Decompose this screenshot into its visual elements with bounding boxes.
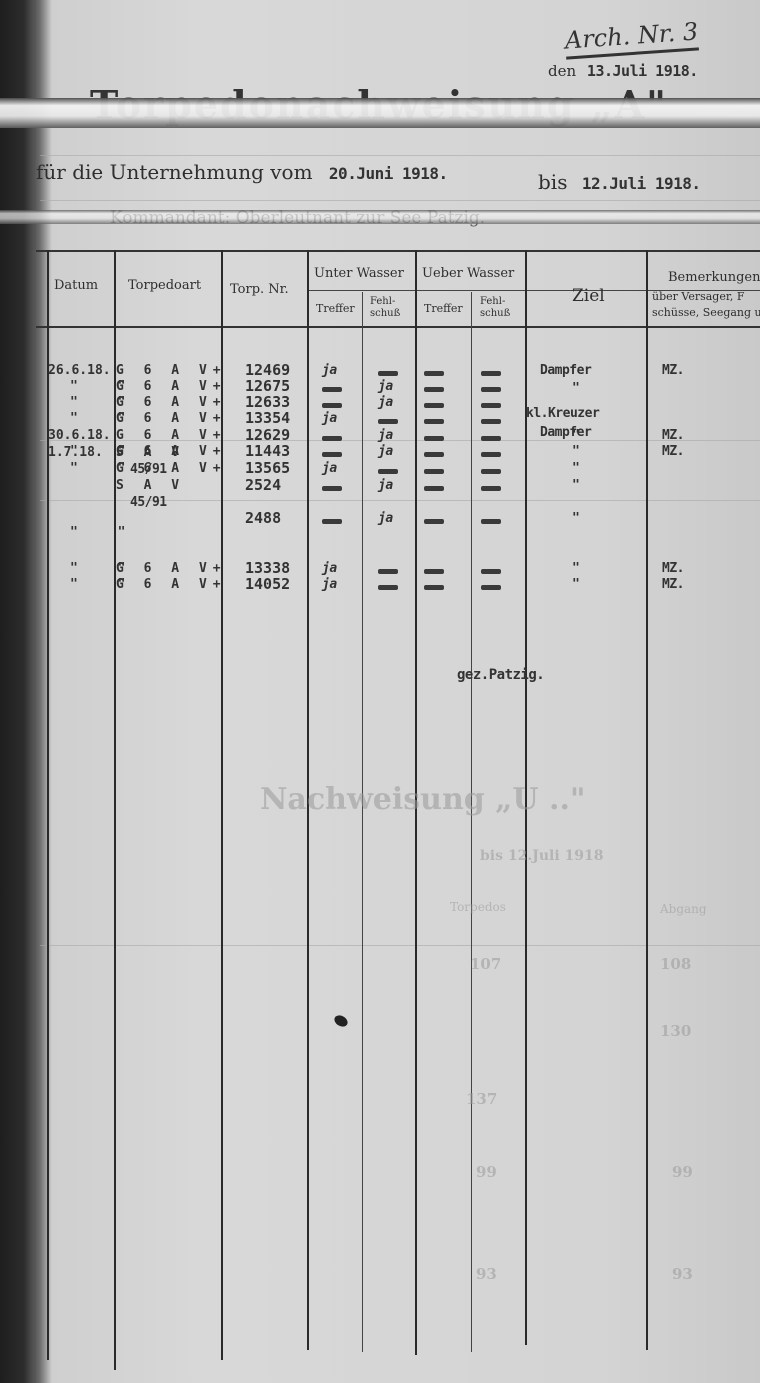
cell-bemerkung: MZ. (662, 430, 684, 441)
table-row: " "G 6 A V+11443ja"MZ. (0, 446, 760, 457)
cell-ziel: " (572, 430, 579, 441)
cell-uw-treffer-dash (322, 516, 342, 527)
cell-ziel: " (572, 563, 579, 574)
cell-torpedoart: S A V (116, 447, 185, 458)
cell-torp-nr: 13565 (245, 463, 290, 474)
ruling-line (40, 200, 760, 201)
cell-ow-fehlschuss-dash (481, 582, 501, 593)
header-bemerkungen-sub2: schüsse, Seegang u (652, 306, 760, 319)
table-row: " "G 6 A V+13338ja"MZ. (0, 563, 760, 574)
period-end: bis 12.Juli 1918. (538, 170, 701, 194)
cell-ow-fehlschuss-dash (481, 368, 501, 379)
cell-torpedoart: G 6 A V+ (116, 430, 227, 441)
cell-bemerkung: MZ. (662, 579, 684, 590)
cell-uw-fehlschuss: ja (378, 397, 393, 408)
cell-uw-treffer-dash (322, 449, 342, 460)
bleedthrough-val: 99 (672, 1163, 693, 1181)
cell-torpedoart-caliber: 45/91 (130, 497, 167, 508)
date-prefix: den (548, 62, 576, 80)
period-prefix: für die Unternehmung vom (36, 160, 313, 184)
cell-torpedoart: G 6 A V+ (116, 563, 227, 574)
table-top-rule (36, 250, 760, 252)
torn-strip (0, 98, 760, 128)
cell-torp-nr: 12469 (245, 365, 290, 376)
header-datum: Datum (54, 278, 98, 293)
cell-uw-fehlschuss: ja (378, 513, 393, 524)
cell-uw-fehlschuss-dash (378, 368, 398, 379)
cell-uw-fehlschuss: ja (378, 430, 393, 441)
cell-datum: " " (70, 527, 141, 538)
cell-ow-fehlschuss-dash (481, 483, 501, 494)
cell-bemerkung: MZ. (662, 446, 684, 457)
cell-bemerkung: MZ. (662, 365, 684, 376)
cell-torpedoart-caliber: 45/91 (130, 464, 167, 475)
header-uw-fehlschuss: Fehl-schuß (370, 296, 406, 320)
header-ow-fehlschuss: Fehl-schuß (480, 296, 516, 320)
cell-torp-nr: 11443 (245, 446, 290, 457)
cell-ow-fehlschuss-dash (481, 433, 501, 444)
cell-ow-treffer-dash (424, 449, 444, 460)
cell-torp-nr: 14052 (245, 579, 290, 590)
cell-uw-fehlschuss-dash (378, 416, 398, 427)
signature: gez.Patzig. (457, 667, 544, 683)
cell-torpedoart: G 6 A V+ (116, 365, 227, 376)
date-line: den 13.Juli 1918. (548, 62, 698, 80)
cell-torpedoart: S A V (116, 480, 185, 491)
header-torp-nr: Torp. Nr. (230, 282, 289, 297)
cell-ow-fehlschuss-dash (481, 384, 501, 395)
cell-torpedoart: G 6 A V+ (116, 381, 227, 392)
cell-ziel: " (572, 446, 579, 457)
cell-ow-treffer-dash (424, 384, 444, 395)
header-uw-treffer: Treffer (316, 302, 355, 315)
cell-uw-treffer: ja (322, 579, 337, 590)
cell-ziel: " (572, 480, 579, 491)
torn-strip-lower (0, 210, 760, 224)
cell-ow-treffer-dash (424, 466, 444, 477)
cell-ow-treffer-dash (424, 400, 444, 411)
bleedthrough-val: 93 (476, 1265, 497, 1283)
cell-uw-fehlschuss-dash (378, 566, 398, 577)
cell-ow-treffer-dash (424, 566, 444, 577)
cell-uw-fehlschuss: ja (378, 381, 393, 392)
header-bemerkungen-sub1: über Versager, F (652, 290, 745, 303)
cell-ow-fehlschuss-dash (481, 566, 501, 577)
cell-torpedoart: G 6 A V+ (116, 397, 227, 408)
cell-ow-treffer-dash (424, 416, 444, 427)
period-middle: bis (538, 170, 567, 194)
cell-ow-fehlschuss-dash (481, 400, 501, 411)
cell-ziel: " (572, 579, 579, 590)
bleedthrough-val: 107 (470, 955, 501, 973)
cell-uw-treffer-dash (322, 483, 342, 494)
table-header-rule (36, 326, 760, 328)
bleedthrough-val: 137 (466, 1090, 497, 1108)
period-from: 20.Juni 1918. (329, 164, 448, 183)
cell-torp-nr: 12629 (245, 430, 290, 441)
cell-uw-fehlschuss: ja (378, 480, 393, 491)
table-row: 1.7.18.S A V45/912524ja" (0, 480, 760, 491)
bleedthrough-col1: Torpedos (450, 900, 506, 914)
table-row: " "G 6 A V+12675ja" (0, 381, 760, 392)
header-ow-treffer: Treffer (424, 302, 463, 315)
ruling-line (40, 945, 760, 946)
cell-torp-nr: 12675 (245, 381, 290, 392)
ruling-line (40, 155, 760, 156)
table-row: " "G 6 A V+12633jakl.Kreuzer (0, 397, 760, 408)
table-row: " "G 6 A V+13565ja" (0, 463, 760, 474)
cell-ow-fehlschuss-dash (481, 516, 501, 527)
cell-torp-nr: 13354 (245, 413, 290, 424)
cell-torpedoart: G 6 A V+ (116, 579, 227, 590)
cell-ow-treffer-dash (424, 368, 444, 379)
cell-ow-fehlschuss-dash (481, 466, 501, 477)
cell-uw-treffer: ja (322, 413, 337, 424)
bleedthrough-val: 108 (660, 955, 691, 973)
bleedthrough-col2: Abgang (660, 902, 707, 916)
cell-ziel: Dampfer (540, 365, 591, 376)
cell-uw-treffer: ja (322, 563, 337, 574)
period-line: für die Unternehmung vom 20.Juni 1918. (36, 160, 448, 184)
bleedthrough-val: 99 (476, 1163, 497, 1181)
cell-ziel: " (572, 463, 579, 474)
cell-bemerkung: MZ. (662, 563, 684, 574)
table-row: 26.6.18.G 6 A V+12469jaDampferMZ. (0, 365, 760, 376)
header-ziel: Ziel (572, 286, 605, 306)
cell-uw-treffer-dash (322, 400, 342, 411)
cell-datum: 30.6.18. (48, 430, 111, 441)
cell-torp-nr: 2524 (245, 480, 281, 491)
cell-ow-treffer-dash (424, 483, 444, 494)
table-row: " "G 6 A V+13354jaDampfer (0, 413, 760, 424)
header-bemerkungen: Bemerkungen (668, 270, 760, 285)
bleedthrough-title: Nachweisung „U .." (260, 782, 586, 817)
cell-ziel: " (572, 383, 579, 394)
book-binding-shadow (0, 0, 34, 1383)
bleedthrough-val: 130 (660, 1022, 691, 1040)
table-row: " "S A V45/912488ja" (0, 513, 760, 524)
cell-uw-treffer-dash (322, 384, 342, 395)
cell-uw-treffer: ja (322, 365, 337, 376)
cell-ow-treffer-dash (424, 433, 444, 444)
table-row: 30.6.18.G 6 A V+12629ja"MZ. (0, 430, 760, 441)
header-ueber-wasser: Ueber Wasser (422, 266, 514, 281)
bleedthrough-line2: bis 12.Juli 1918 (480, 848, 604, 864)
cell-ziel: " (572, 513, 579, 524)
cell-ow-treffer-dash (424, 516, 444, 527)
bleedthrough-val: 93 (672, 1265, 693, 1283)
cell-uw-fehlschuss-dash (378, 466, 398, 477)
cell-torpedoart: G 6 A V+ (116, 413, 227, 424)
table-row: " "G 6 A V+14052ja"MZ. (0, 579, 760, 590)
period-to: 12.Juli 1918. (582, 174, 701, 193)
header-torpedoart: Torpedoart (128, 278, 201, 293)
cell-ow-fehlschuss-dash (481, 449, 501, 460)
cell-torp-nr: 12633 (245, 397, 290, 408)
header-unter-wasser: Unter Wasser (314, 266, 404, 281)
cell-ow-treffer-dash (424, 582, 444, 593)
date-value: 13.Juli 1918. (587, 62, 698, 80)
cell-torp-nr: 2488 (245, 513, 281, 524)
cell-uw-treffer: ja (322, 463, 337, 474)
cell-torp-nr: 13338 (245, 563, 290, 574)
cell-datum: 1.7.18. (48, 447, 103, 458)
cell-datum: 26.6.18. (48, 365, 111, 376)
cell-uw-fehlschuss-dash (378, 582, 398, 593)
cell-ow-fehlschuss-dash (481, 416, 501, 427)
cell-uw-treffer-dash (322, 433, 342, 444)
cell-uw-fehlschuss: ja (378, 446, 393, 457)
